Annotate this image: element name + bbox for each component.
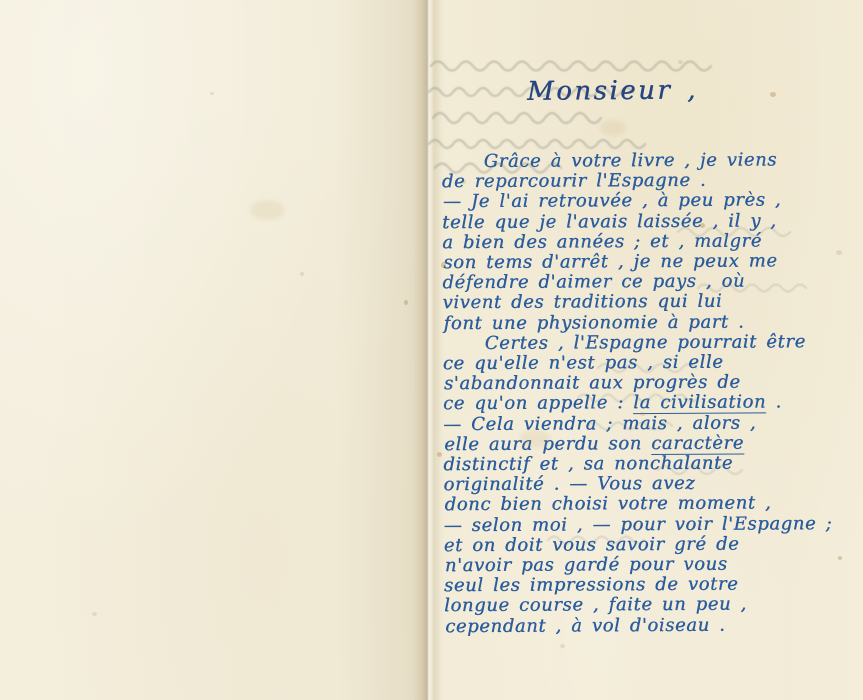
center-fold-crease [414, 0, 442, 700]
letter-line: Grâce à votre livre , je viens [442, 150, 856, 172]
paper-blotch [250, 200, 284, 220]
letter-line: son tems d'arrêt , je ne peux me [443, 251, 857, 273]
stain-speck [404, 300, 408, 305]
underlined-phrase: caractère [651, 432, 744, 454]
letter-line: ce qu'elle n'est pas , si elle [443, 352, 857, 374]
letter-line: et on doit vous savoir gré de [444, 534, 858, 556]
letter-line: longue course , faite un peu , [444, 594, 858, 616]
stain-speck [836, 250, 842, 255]
letter-line: s'abandonnait aux progrès de [444, 372, 858, 394]
stain-speck [838, 556, 842, 560]
letter-line: a bien des années ; et , malgré [442, 231, 856, 253]
letter-line: font une physionomie à part . [444, 312, 858, 334]
letter-line: ce qu'on appelle : la civilisation . [443, 392, 857, 414]
letter-photograph: Monsieur , Grâce à votre livre , je vien… [0, 0, 863, 700]
letter-body: Grâce à votre livre , je viensde reparco… [442, 150, 859, 637]
letter-line: distinctif et , sa nonchalante [443, 453, 857, 475]
stain-speck [462, 180, 466, 184]
stain-speck [300, 272, 304, 276]
letter-line: vivent des traditions qui lui [442, 291, 856, 313]
letter-line: — Je l'ai retrouvée , à peu près , [443, 190, 857, 212]
letter-line: de reparcourir l'Espagne . [442, 170, 856, 192]
stain-speck [560, 644, 565, 648]
stain-speck [437, 452, 442, 457]
stain-speck [92, 612, 97, 616]
letter-line: originalité . — Vous avez [443, 473, 857, 495]
letter-line: elle aura perdu son caractère [444, 433, 858, 455]
paper-blotch [520, 430, 550, 448]
stain-speck [640, 412, 645, 416]
stain-speck [678, 60, 683, 64]
stain-speck [210, 92, 214, 95]
paper-blotch [600, 120, 626, 136]
letter-line: défendre d'aimer ce pays , où [442, 271, 856, 293]
letter-line: n'avoir pas gardé pour vous [445, 554, 859, 576]
stain-speck [441, 262, 446, 268]
letter-line: seul les impressions de votre [444, 574, 858, 596]
letter-line: donc bien choisi votre moment , [445, 493, 859, 515]
salutation: Monsieur , [527, 75, 698, 106]
letter-line: telle que je l'avais laissée , il y , [442, 211, 856, 233]
letter-line: Certes , l'Espagne pourrait être [443, 332, 857, 354]
stain-speck [700, 223, 705, 228]
blank-verso-page [0, 0, 428, 700]
underlined-phrase: la civilisation [633, 392, 766, 415]
letter-line: cependant , à vol d'oiseau . [445, 615, 859, 637]
stain-speck [770, 92, 776, 97]
letter-line: — Cela viendra ; mais , alors , [443, 413, 857, 435]
letter-line: — selon moi , — pour voir l'Espagne ; [444, 514, 858, 536]
